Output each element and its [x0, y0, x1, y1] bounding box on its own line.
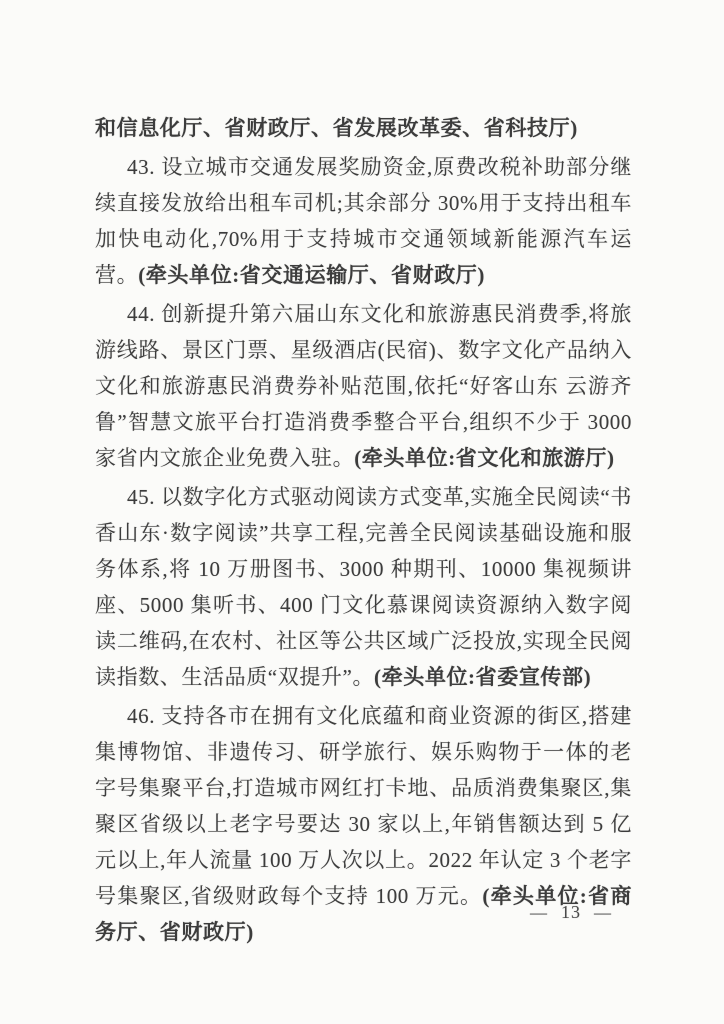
item-44-text: 44. 创新提升第六届山东文化和旅游惠民消费季,将旅游线路、景区门票、星级酒店(…: [95, 302, 632, 470]
page-number-left-dash: —: [530, 903, 548, 923]
item-45-lead-unit-label: (牵头单位:省委宣传部): [374, 665, 591, 689]
document-body: 和信息化厅、省财政厅、省发展改革委、省科技厅) 43. 设立城市交通发展奖励资金…: [95, 110, 632, 953]
lead-unit-continuation-text: 和信息化厅、省财政厅、省发展改革委、省科技厅): [95, 116, 578, 140]
item-46-text: 46. 支持各市在拥有文化底蕴和商业资源的街区,搭建集博物馆、非遗传习、研学旅行…: [95, 704, 632, 908]
page-number: — 13 —: [530, 902, 612, 923]
document-page: 和信息化厅、省财政厅、省发展改革委、省科技厅) 43. 设立城市交通发展奖励资金…: [0, 0, 724, 1024]
item-43-lead-unit-label: (牵头单位:省交通运输厅、省财政厅): [138, 263, 485, 287]
page-number-right-dash: —: [594, 903, 612, 923]
paragraph-item-44: 44. 创新提升第六届山东文化和旅游惠民消费季,将旅游线路、景区门票、星级酒店(…: [95, 296, 632, 476]
paragraph-item-45: 45. 以数字化方式驱动阅读方式变革,实施全民阅读“书香山东·数字阅读”共享工程…: [95, 479, 632, 695]
page-number-value: 13: [561, 902, 581, 923]
item-45-text: 45. 以数字化方式驱动阅读方式变革,实施全民阅读“书香山东·数字阅读”共享工程…: [95, 485, 632, 689]
paragraph-continuation: 和信息化厅、省财政厅、省发展改革委、省科技厅): [95, 110, 632, 146]
item-44-lead-unit-label: (牵头单位:省文化和旅游厅): [354, 446, 614, 470]
paragraph-item-43: 43. 设立城市交通发展奖励资金,原费改税补助部分继续直接发放给出租车司机;其余…: [95, 149, 632, 293]
